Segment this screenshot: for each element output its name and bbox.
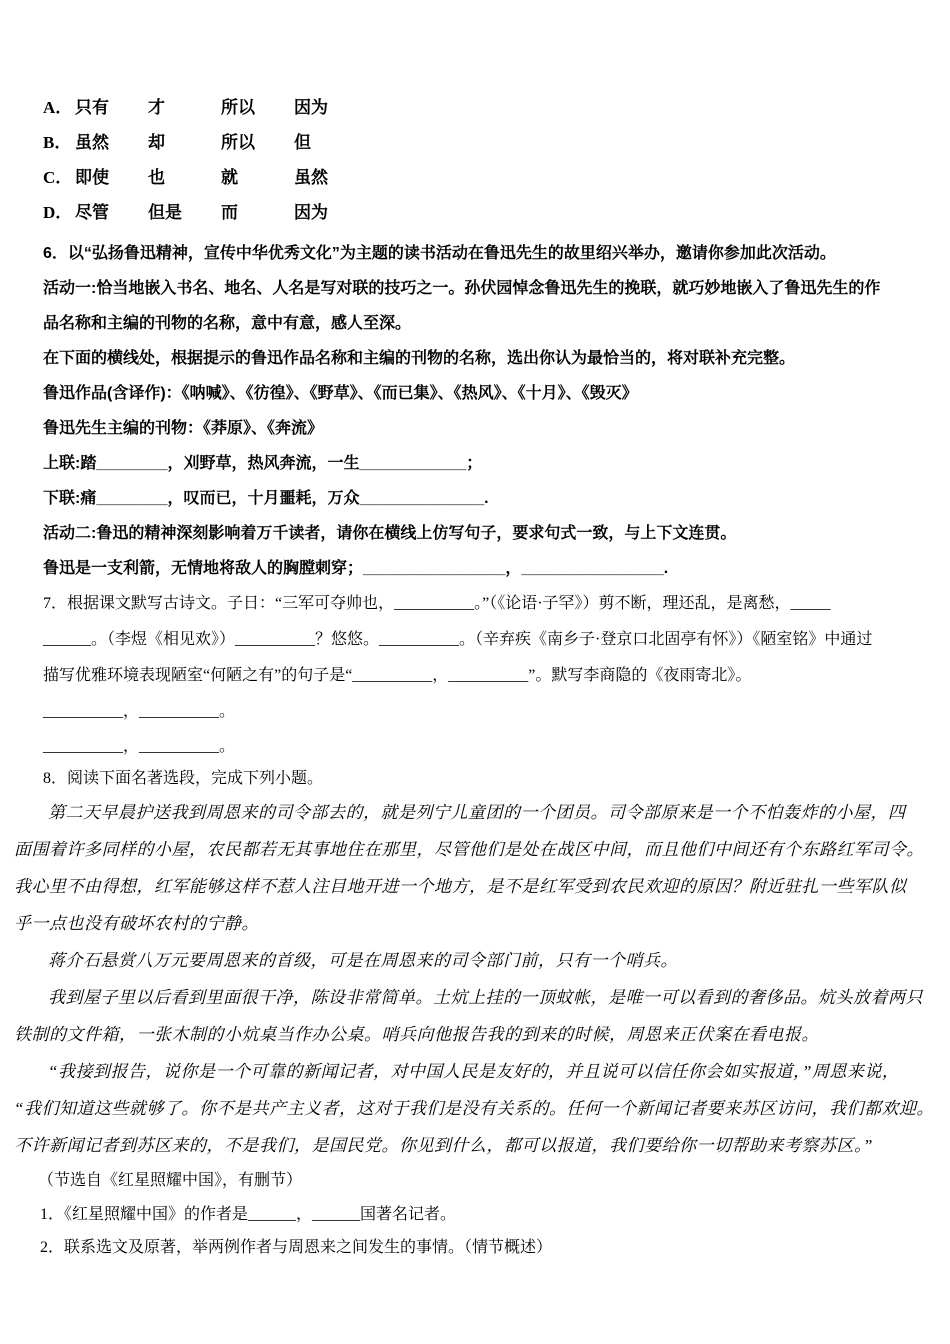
question-6-works-list: 鲁迅作品(含译作)：《呐喊》、《彷徨》、《野草》、《而已集》、《热风》、《十月》…	[43, 376, 950, 411]
passage-source-attribution: （节选自《红星照耀中国》，有删节）	[38, 1164, 950, 1198]
answer-blank-lines: __________，__________。 __________，______…	[43, 694, 950, 764]
option-row-b: B．虽然却所以但	[43, 125, 950, 160]
answer-blank-line-1: __________，__________。	[43, 694, 950, 729]
option-word: 因为	[294, 90, 367, 125]
option-word: 因为	[294, 195, 367, 230]
passage-line: 第二天早晨护送我到周恩来的司令部去的，就是列宁儿童团的一个团员。司令部原来是一个…	[14, 794, 946, 831]
question-7-block: 7．根据课文默写古诗文。子日：“三军可夺帅也，__________。”（《论语·…	[43, 586, 950, 694]
option-row-c: C．即使也就虽然	[43, 160, 950, 195]
question-6-line-4: 在下面的横线处，根据提示的鲁迅作品名称和主编的刊物的名称，选出你认为最恰当的，将…	[43, 341, 950, 376]
passage-line: 蒋介石悬赏八万元要周恩来的首级，可是在周恩来的司令部门前，只有一个哨兵。	[14, 942, 946, 979]
question-6-activity-2: 活动二:鲁迅的精神深刻影响着万千读者，请你在横线上仿写句子，要求句式一致，与上下…	[43, 516, 950, 551]
question-7-line-3: 描写优雅环境表现陋室“何陋之有”的句子是“__________，________…	[43, 658, 950, 694]
question-6-line-2: 活动一:恰当地嵌入书名、地名、人名是写对联的技巧之一。孙伏园悼念鲁迅先生的挽联，…	[43, 271, 950, 306]
option-word: 所以	[221, 125, 294, 160]
question-8-sub-questions: 1．《红星照耀中国》的作者是______，______国著名记者。 2．联系选文…	[40, 1198, 950, 1264]
couplet-upper-line: 上联:踏________，刈野草，热风奔流，一生____________；	[43, 446, 950, 481]
passage-line: 铁制的文件箱，一张木制的小炕桌当作办公桌。哨兵向他报告我的到来的时候，周恩来正伏…	[14, 1016, 946, 1053]
question-7-line-1: 7．根据课文默写古诗文。子日：“三军可夺帅也，__________。”（《论语·…	[43, 586, 950, 622]
couplet-lower-line: 下联:痛________，叹而已，十月噩耗，万众______________.	[43, 481, 950, 516]
question-7-line-2: ______。（李煜《相见欢》）__________？悠悠。__________…	[43, 622, 950, 658]
mc-option-list: A．只有才所以因为 B．虽然却所以但 C．即使也就虽然 D．尽管但是而因为	[43, 90, 950, 230]
option-letter: C．	[43, 160, 75, 195]
question-6-journals-list: 鲁迅先生主编的刊物：《莽原》、《奔流》	[43, 411, 950, 446]
option-word: 所以	[221, 90, 294, 125]
passage-line: 我到屋子里以后看到里面很干净，陈设非常简单。土炕上挂的一顶蚊帐，是唯一可以看到的…	[14, 979, 946, 1016]
exam-document-page: A．只有才所以因为 B．虽然却所以但 C．即使也就虽然 D．尽管但是而因为 6．…	[0, 0, 950, 1344]
question-6-sentence-imitation: 鲁迅是一支利箭，无情地将敌人的胸膛刺穿；________________，___…	[43, 551, 950, 586]
option-word: 就	[221, 160, 294, 195]
option-word: 即使	[75, 160, 148, 195]
passage-line: 乎一点也没有破坏农村的宁静。	[14, 905, 946, 942]
question-6-block: 6．以“弘扬鲁迅精神，宣传中华优秀文化”为主题的读书活动在鲁迅先生的故里绍兴举办…	[43, 236, 950, 586]
question-8-intro: 8．阅读下面名著选段，完成下列小题。	[43, 764, 950, 794]
option-row-a: A．只有才所以因为	[43, 90, 950, 125]
option-letter: B．	[43, 125, 75, 160]
option-word: 也	[148, 160, 221, 195]
option-row-d: D．尽管但是而因为	[43, 195, 950, 230]
option-word: 而	[221, 195, 294, 230]
passage-line: 面围着许多同样的小屋，农民都若无其事地住在那里，尽管他们是处在战区中间，而且他们…	[14, 831, 946, 868]
sub-question-2: 2．联系选文及原著，举两例作者与周恩来之间发生的事情。（情节概述）	[40, 1231, 950, 1264]
sub-question-1: 1．《红星照耀中国》的作者是______，______国著名记者。	[40, 1198, 950, 1231]
passage-line: “我接到报告，说你是一个可靠的新闻记者，对中国人民是友好的，并且说可以信任你会如…	[14, 1053, 946, 1090]
option-word: 虽然	[75, 125, 148, 160]
question-6-line-1: 6．以“弘扬鲁迅精神，宣传中华优秀文化”为主题的读书活动在鲁迅先生的故里绍兴举办…	[43, 236, 950, 271]
option-word: 尽管	[75, 195, 148, 230]
option-word: 但	[294, 125, 367, 160]
question-6-line-3: 品名称和主编的刊物的名称，意中有意，感人至深。	[43, 306, 950, 341]
option-word: 但是	[148, 195, 221, 230]
option-word: 却	[148, 125, 221, 160]
option-letter: A．	[43, 90, 75, 125]
option-word: 虽然	[294, 160, 367, 195]
passage-line: “我们知道这些就够了。你不是共产主义者，这对于我们是没有关系的。任何一个新闻记者…	[14, 1090, 946, 1127]
option-word: 才	[148, 90, 221, 125]
question-8-passage: 第二天早晨护送我到周恩来的司令部去的，就是列宁儿童团的一个团员。司令部原来是一个…	[14, 794, 946, 1164]
option-word: 只有	[75, 90, 148, 125]
option-letter: D．	[43, 195, 75, 230]
answer-blank-line-2: __________，__________。	[43, 729, 950, 764]
passage-line: 我心里不由得想，红军能够这样不惹人注目地开进一个地方，是不是红军受到农民欢迎的原…	[14, 868, 946, 905]
passage-line: 不许新闻记者到苏区来的，不是我们，是国民党。你见到什么，都可以报道，我们要给你一…	[14, 1127, 946, 1164]
